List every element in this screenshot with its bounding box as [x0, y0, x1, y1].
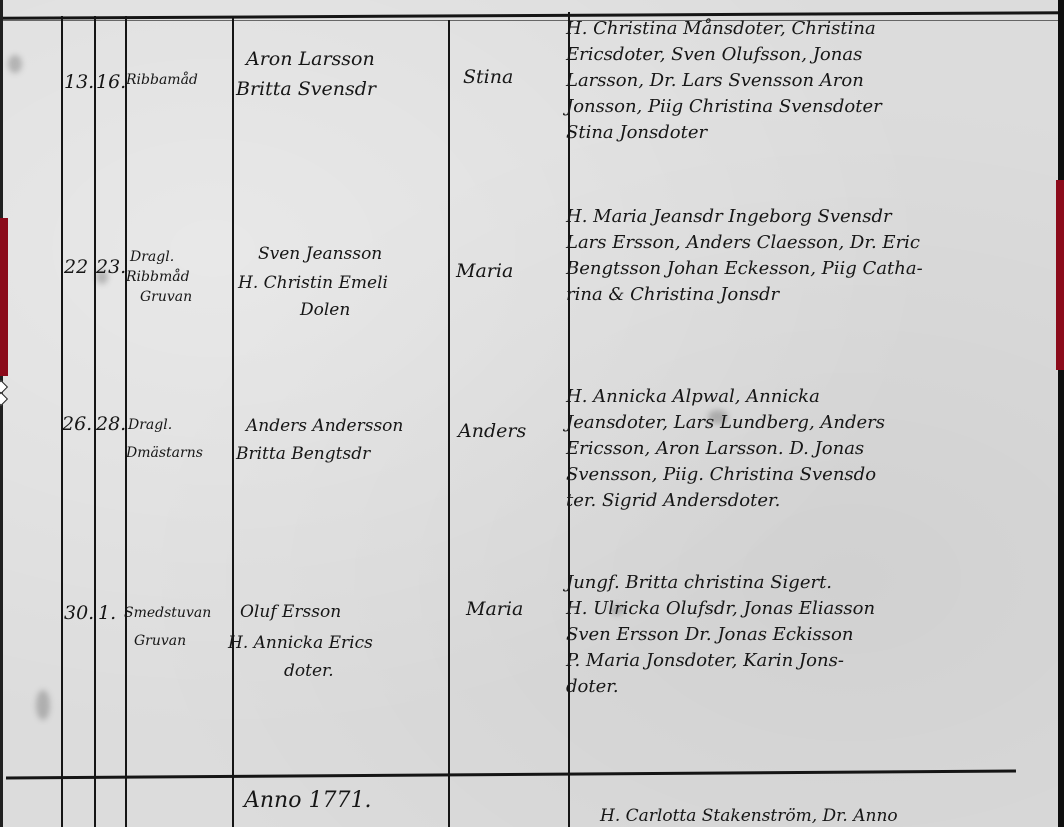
column-rule-parents-child — [448, 20, 450, 827]
witness-line: H. Christina Månsdoter, Christina — [566, 16, 1022, 42]
parent-father: Sven Jeansson — [258, 246, 382, 263]
witnesses: H. Maria Jeansdr Ingeborg Svensdr Lars E… — [566, 204, 1022, 308]
child-name: Stina — [463, 68, 513, 87]
register-page-scan: 13. 16. Ribbamåd Aron Larsson Britta Sve… — [0, 0, 1064, 827]
scan-left-edge — [0, 0, 3, 827]
parent-mother: Britta Bengtsdr — [236, 446, 370, 463]
place-line: Dragl. — [130, 250, 174, 264]
witnesses: Jungf. Britta christina Sigert. H. Ulric… — [566, 570, 1022, 700]
witness-line: Lars Ersson, Anders Claesson, Dr. Eric — [566, 230, 1022, 256]
parent-father: Oluf Ersson — [240, 604, 341, 621]
year-divider-rule — [6, 769, 1016, 779]
child-name: Maria — [466, 600, 523, 619]
witness-line: H. Ulricka Olufsdr, Jonas Eliasson — [566, 596, 1022, 622]
witness-line: Stina Jonsdoter — [566, 120, 1022, 146]
resize-handle-icon[interactable] — [0, 392, 8, 406]
witness-line: Ericsdoter, Sven Olufsson, Jonas — [566, 42, 1022, 68]
place: Ribbamåd — [126, 73, 198, 87]
parent-father: Aron Larsson — [246, 50, 375, 69]
place-line: Ribbmåd — [126, 270, 190, 284]
witness-line: P. Maria Jonsdoter, Karin Jons- — [566, 648, 1022, 674]
place-line: Smedstuvan — [124, 606, 211, 620]
scan-right-edge — [1058, 0, 1064, 827]
witnesses: H. Christina Månsdoter, Christina Ericsd… — [566, 16, 1022, 146]
place-line: Gruvan — [134, 634, 186, 648]
witness-line: Larsson, Dr. Lars Svensson Aron — [566, 68, 1022, 94]
witness-line: Jonsson, Piig Christina Svensdoter — [566, 94, 1022, 120]
child-name: Anders — [458, 422, 526, 441]
parent-mother-cont: doter. — [284, 663, 334, 680]
ink-smudge — [8, 55, 22, 73]
place-line: Dmästarns — [126, 446, 203, 460]
birth-day: 26. — [62, 415, 92, 434]
place-line: Dragl. — [128, 418, 172, 432]
baptism-day: 28. — [96, 415, 126, 434]
witnesses: H. Annicka Alpwal, Annicka Jeansdoter, L… — [566, 384, 1022, 514]
parent-mother: H. Annicka Erics — [228, 635, 373, 652]
next-entry-partial: H. Carlotta Stakenström, Dr. Anno — [600, 808, 898, 825]
witness-line: Jungf. Britta christina Sigert. — [566, 570, 1022, 596]
witness-line: ter. Sigrid Andersdoter. — [566, 488, 1022, 514]
witness-line: Sven Ersson Dr. Jonas Eckisson — [566, 622, 1022, 648]
child-name: Maria — [456, 262, 513, 281]
baptism-day: 16. — [96, 73, 126, 92]
baptism-day: 23. — [96, 258, 126, 277]
witness-line: Svensson, Piig. Christina Svensdo — [566, 462, 1022, 488]
column-rule-place-parents — [232, 16, 234, 827]
witness-line: Ericsson, Aron Larsson. D. Jonas — [566, 436, 1022, 462]
year-heading: Anno 1771. — [244, 790, 371, 812]
witness-line: Bengtsson Johan Eckesson, Piig Catha- — [566, 256, 1022, 282]
place-line: Gruvan — [140, 290, 192, 304]
left-region-marker[interactable] — [0, 218, 8, 376]
birth-day: 22 — [64, 258, 88, 277]
birth-day: 30. — [64, 604, 94, 623]
baptism-day: 1. — [98, 604, 116, 623]
witness-line: H. Annicka Alpwal, Annicka — [566, 384, 1022, 410]
witness-line: H. Maria Jeansdr Ingeborg Svensdr — [566, 204, 1022, 230]
parent-mother: Britta Svensdr — [236, 80, 376, 99]
parent-father: Anders Andersson — [246, 418, 403, 435]
ink-smudge — [36, 690, 50, 720]
witness-line: rina & Christina Jonsdr — [566, 282, 1022, 308]
right-region-marker[interactable] — [1056, 180, 1064, 370]
parent-mother-cont: Dolen — [300, 302, 350, 319]
birth-day: 13. — [64, 73, 94, 92]
witness-line: doter. — [566, 674, 1022, 700]
parent-mother: H. Christin Emeli — [238, 275, 388, 292]
witness-line: Jeansdoter, Lars Lundberg, Anders — [566, 410, 1022, 436]
